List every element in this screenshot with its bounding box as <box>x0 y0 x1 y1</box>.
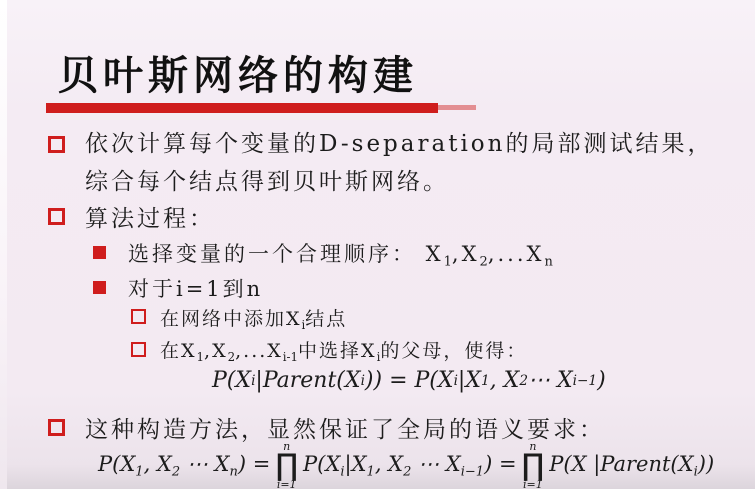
product-symbol: n ∏ i=1 <box>275 441 298 489</box>
hollow-square-bullet-icon <box>131 342 146 357</box>
filled-square-bullet-icon <box>93 246 106 259</box>
slide-left-edge <box>0 0 7 489</box>
hollow-square-bullet-icon <box>48 208 65 225</box>
hollow-square-bullet-icon <box>48 136 65 153</box>
formula-chain-rule: P(X1, X2 ⋯ Xn) = n ∏ i=1 P(Xi|X1, X2 ⋯ X… <box>98 441 714 489</box>
hollow-square-bullet-icon <box>131 309 146 324</box>
bullet-item-1: 依次计算每个变量的D-separation的局部测试结果， 综合每个结点得到贝叶… <box>85 125 713 201</box>
product-lower-limit: i=1 <box>523 479 543 489</box>
product-lower-limit: i=1 <box>277 479 297 489</box>
bullet-item-2: 算法过程： <box>85 200 215 233</box>
formula-chain-rule-seg1: P(X1, X2 ⋯ Xn) = <box>98 452 270 480</box>
product-pi-icon: ∏ <box>522 453 545 479</box>
slide-background: 贝叶斯网络的构建 依次计算每个变量的D-separation的局部测试结果， 综… <box>0 0 755 489</box>
filled-square-bullet-icon <box>93 281 106 294</box>
slide-title: 贝叶斯网络的构建 <box>58 44 418 101</box>
product-symbol: n ∏ i=1 <box>522 441 545 489</box>
formula-chain-rule-seg3: P(X |Parent(Xi)) <box>549 452 714 480</box>
title-underline-bar <box>46 103 438 113</box>
bullet-item-7: 这种构造方法，显然保证了全局的语义要求： <box>85 411 605 444</box>
product-pi-icon: ∏ <box>275 453 298 479</box>
bullet-item-1-line-1: 依次计算每个变量的D-separation的局部测试结果， <box>85 125 713 163</box>
formula-conditional-probability: P(Xi|Parent(Xi)) = P(Xi|X1, X2 ⋯ Xi−1) <box>212 368 606 393</box>
hollow-square-bullet-icon <box>48 419 65 436</box>
bullet-item-5: 在网络中添加Xi结点 <box>160 304 347 332</box>
bullet-item-1-line-2: 综合每个结点得到贝叶斯网络。 <box>85 163 713 201</box>
bullet-item-4: 对于i=1到n <box>128 273 263 303</box>
title-underline-tail <box>438 105 476 110</box>
bullet-item-6: 在X1,X2,...Xi-1中选择Xi的父母，使得： <box>160 336 527 364</box>
formula-chain-rule-seg2: P(Xi|X1, X2 ⋯ Xi−1) = <box>303 452 517 480</box>
slide: 贝叶斯网络的构建 依次计算每个变量的D-separation的局部测试结果， 综… <box>0 0 755 489</box>
bullet-item-3: 选择变量的一个合理顺序： X1,X2,...Xn <box>128 238 553 270</box>
